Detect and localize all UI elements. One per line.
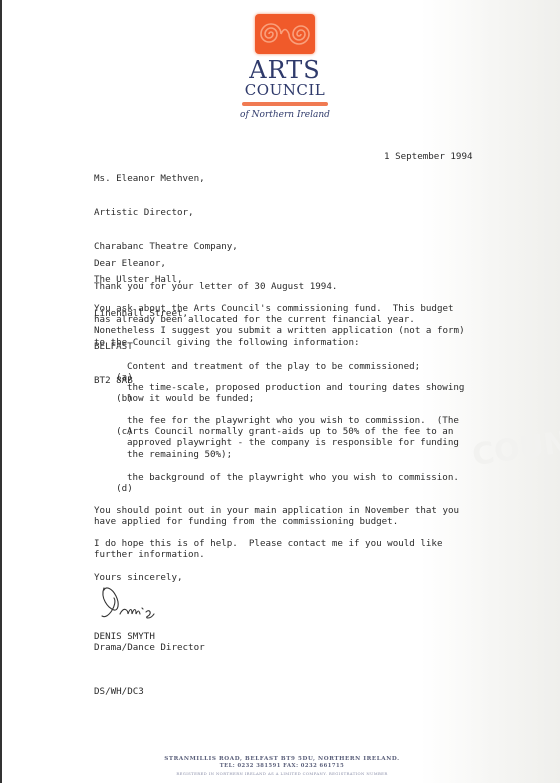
list-text: the time-scale, proposed production and … <box>127 382 464 404</box>
list-item: (c) the fee for the playwright who you w… <box>94 415 149 460</box>
list-label: (d) <box>116 483 149 494</box>
paragraph: You ask about the Arts Council's commiss… <box>94 303 465 348</box>
footer-address: STRANMILLIS ROAD, BELFAST BT9 5DU, NORTH… <box>2 756 560 762</box>
logo-title: ARTS <box>240 58 330 82</box>
list-text: the background of the playwright who you… <box>127 472 459 483</box>
arts-council-logo: ARTS COUNCIL of Northern Ireland <box>240 14 330 120</box>
address-line: Ms. Eleanor Methven, <box>94 173 238 184</box>
spiral-logo-icon <box>255 14 315 54</box>
address-line: Charabanc Theatre Company, <box>94 241 238 252</box>
signer-title: Drama/Dance Director <box>94 642 205 653</box>
list-text: Content and treatment of the play to be … <box>127 361 420 372</box>
footer-registration: REGISTERED IN NORTHERN IRELAND AS A LIMI… <box>2 771 560 776</box>
logo-tagline: of Northern Ireland <box>240 110 330 120</box>
logo-subtitle: COUNCIL <box>240 82 330 98</box>
paragraph: You should point out in your main applic… <box>94 505 459 527</box>
handwritten-signature <box>98 584 168 630</box>
paragraph: Thank you for your letter of 30 August 1… <box>94 281 337 292</box>
list-text: the fee for the playwright who you wish … <box>127 415 459 460</box>
footer-contact: TEL: 0232 381591 FAX: 0232 661715 <box>2 763 560 769</box>
paragraph: I do hope this is of help. Please contac… <box>94 538 442 560</box>
logo-divider <box>242 102 328 106</box>
closing: Yours sincerely, <box>94 572 183 583</box>
letter-date: 1 September 1994 <box>384 151 473 162</box>
address-line: Artistic Director, <box>94 207 238 218</box>
watermark: COUNC <box>470 422 560 473</box>
salutation: Dear Eleanor, <box>94 258 166 269</box>
letter-page: COUNC ARTS COUNCIL of Northern Ireland M… <box>0 0 560 783</box>
signer-name: DENIS SMYTH <box>94 631 155 642</box>
reference-code: DS/WH/DC3 <box>94 686 144 697</box>
